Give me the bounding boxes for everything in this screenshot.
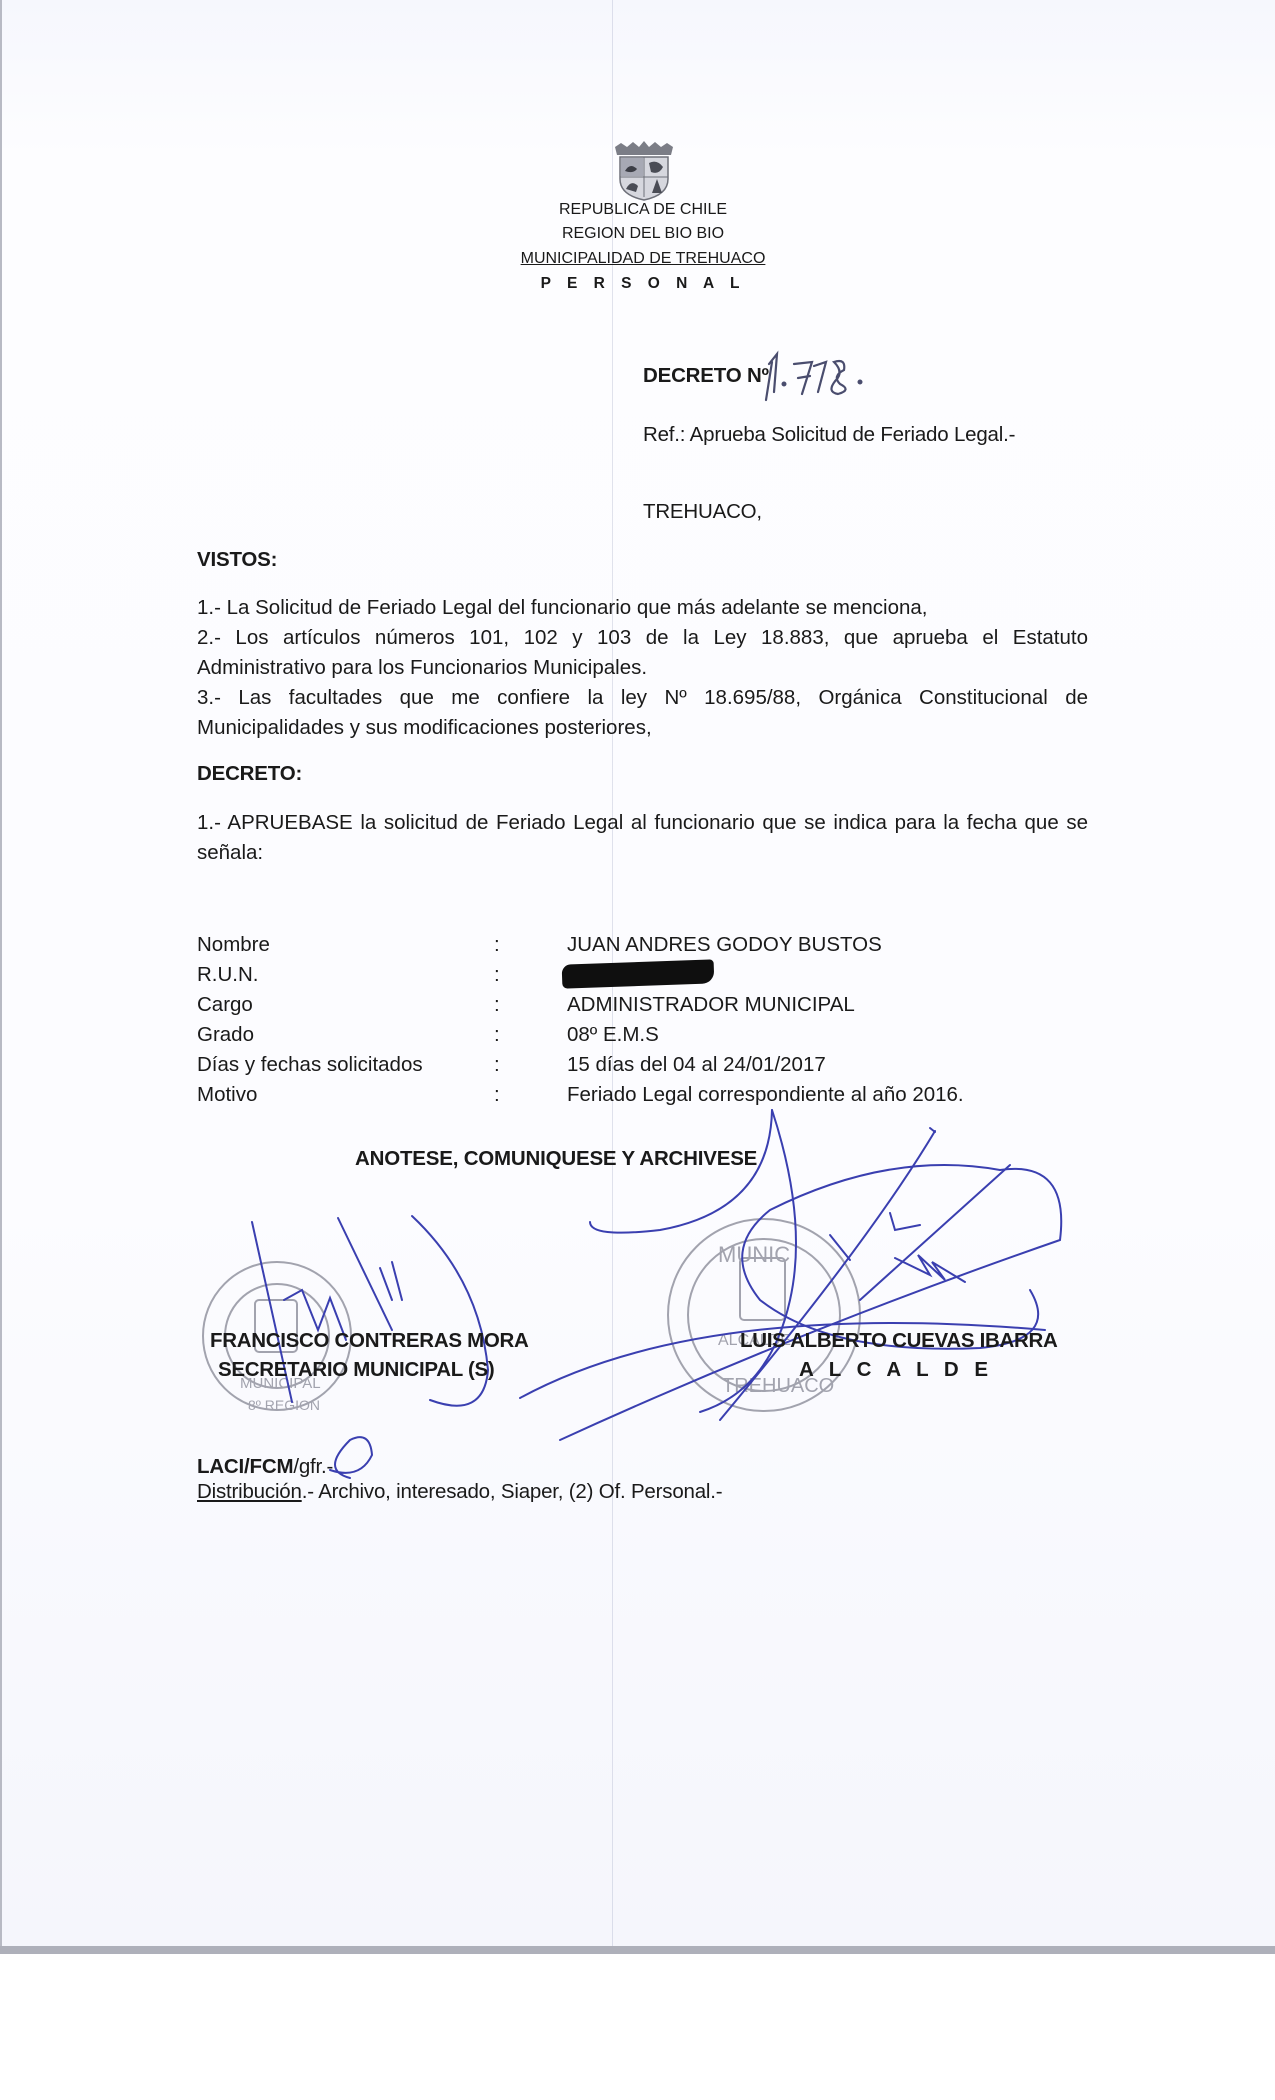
secretary-title: SECRETARIO MUNICIPAL (S) (218, 1356, 494, 1384)
decreto-item-1: 1.- APRUEBASE la solicitud de Feriado Le… (197, 808, 1088, 868)
detail-separator: : (494, 930, 500, 960)
vistos-item-3: 3.- Las facultades que me confiere la le… (197, 683, 1088, 743)
initials-typist: /gfr.- (293, 1455, 333, 1478)
handwritten-decree-number: 1.718. (760, 342, 880, 402)
detail-separator: : (494, 1050, 500, 1080)
detail-label-grado: Grado (197, 1020, 254, 1050)
scan-bottom-edge (0, 1946, 1275, 1954)
mayor-name: LUIS ALBERTO CUEVAS IBARRA (740, 1327, 1058, 1355)
decree-reference: Ref.: Aprueba Solicitud de Feriado Legal… (643, 420, 1015, 450)
detail-label-cargo: Cargo (197, 990, 253, 1020)
distribution-list: .- Archivo, interesado, Siaper, (2) Of. … (302, 1480, 723, 1503)
header-region: REGION DEL BIO BIO (440, 224, 846, 244)
closing-formula: ANOTESE, COMUNIQUESE Y ARCHIVESE (355, 1144, 757, 1174)
detail-separator: : (494, 1080, 500, 1110)
secretary-name: FRANCISCO CONTRERAS MORA (210, 1327, 529, 1355)
initials-signers: LACI/FCM (197, 1455, 293, 1478)
header-municipality: MUNICIPALIDAD DE TREHUACO (440, 249, 846, 269)
detail-separator: : (494, 960, 500, 990)
detail-value-grado: 08º E.M.S (567, 1020, 659, 1050)
detail-label-fechas: Días y fechas solicitados (197, 1050, 423, 1080)
mayor-title: A L C A L D E (799, 1356, 993, 1384)
header-country: REPUBLICA DE CHILE (440, 200, 846, 220)
vistos-heading: VISTOS: (197, 545, 277, 575)
vistos-item-2: 2.- Los artículos números 101, 102 y 103… (197, 623, 1088, 683)
detail-value-motivo: Feriado Legal correspondiente al año 201… (567, 1080, 964, 1110)
decree-label: DECRETO Nº (643, 361, 769, 391)
detail-separator: : (494, 990, 500, 1020)
detail-value-nombre: JUAN ANDRES GODOY BUSTOS (567, 930, 882, 960)
coat-of-arms-icon (611, 141, 677, 201)
vistos-item-1: 1.- La Solicitud de Feriado Legal del fu… (197, 593, 1088, 623)
detail-label-nombre: Nombre (197, 930, 270, 960)
distribution-line: Distribución.- Archivo, interesado, Siap… (197, 1477, 722, 1507)
header-department: P E R S O N A L (440, 274, 846, 294)
detail-separator: : (494, 1020, 500, 1050)
decreto-heading: DECRETO: (197, 759, 302, 789)
decree-place: TREHUACO, (643, 497, 762, 527)
detail-label-motivo: Motivo (197, 1080, 257, 1110)
distribution-label: Distribución (197, 1480, 302, 1503)
detail-value-cargo: ADMINISTRADOR MUNICIPAL (567, 990, 855, 1020)
detail-label-run: R.U.N. (197, 960, 259, 990)
detail-value-fechas: 15 días del 04 al 24/01/2017 (567, 1050, 826, 1080)
